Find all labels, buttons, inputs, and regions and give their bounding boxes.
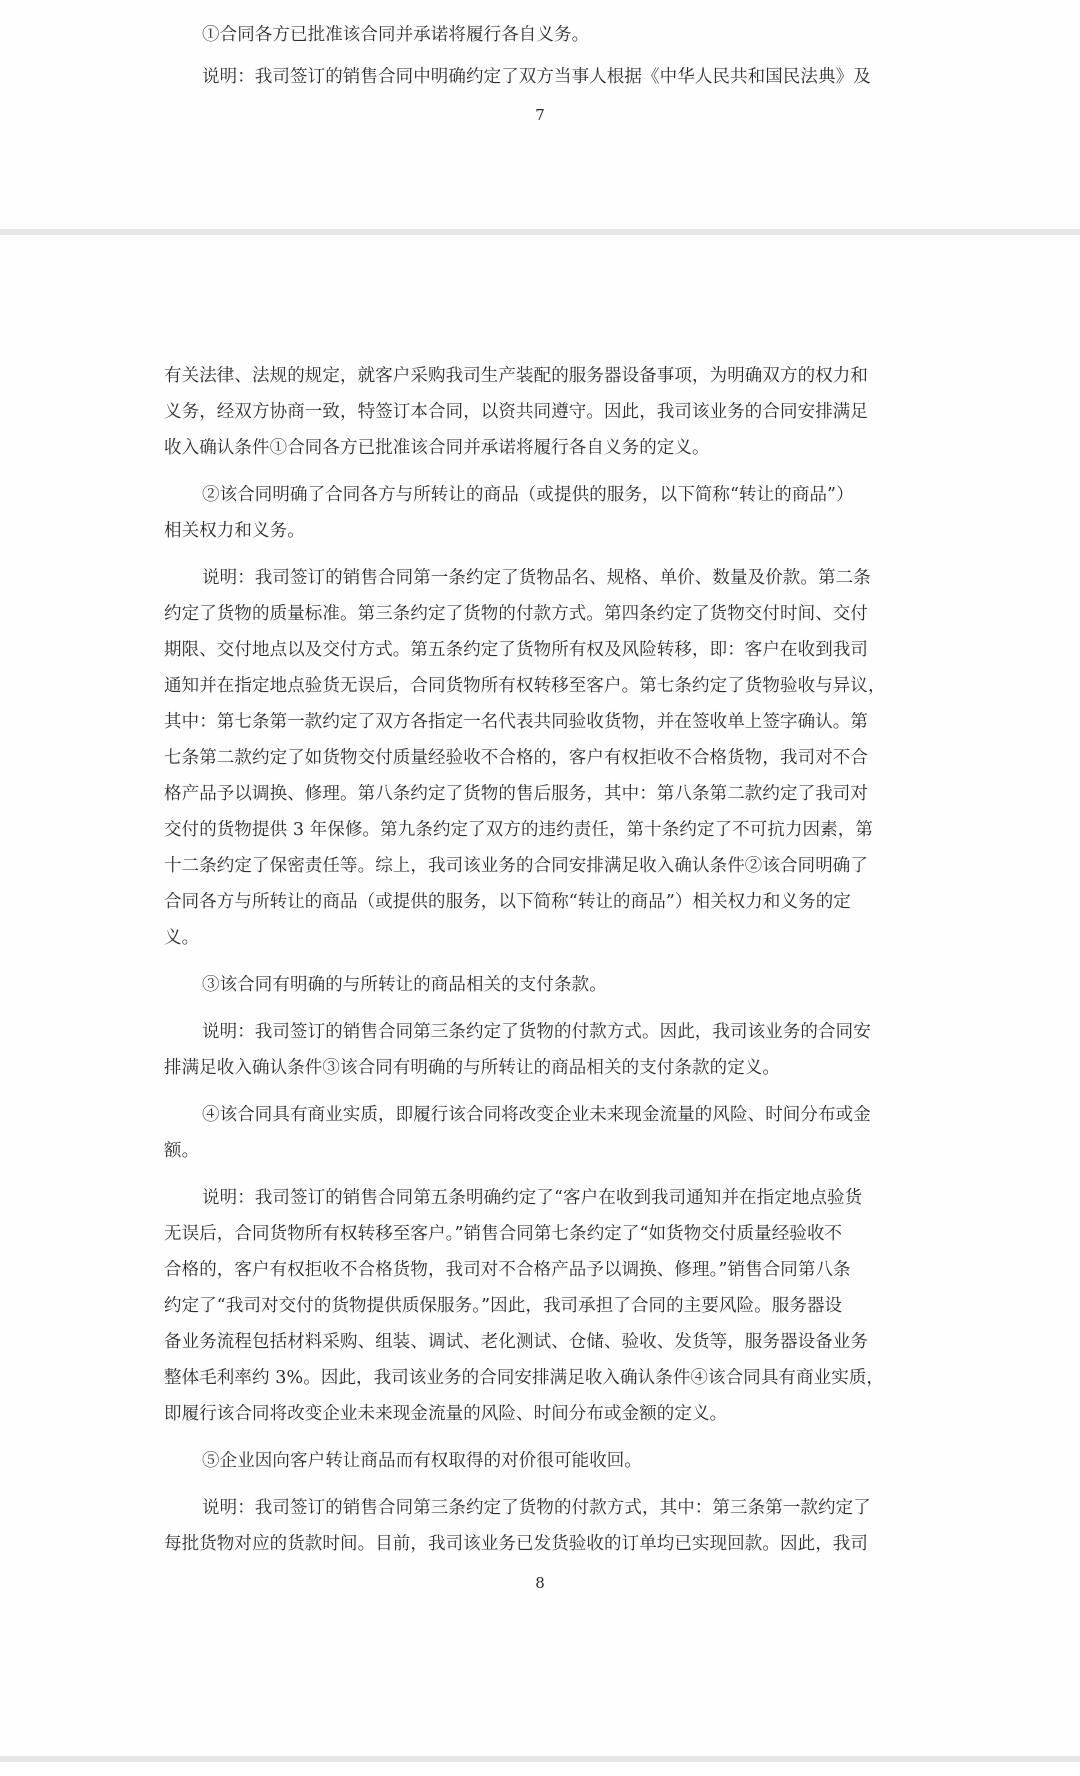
paragraph-line: 无误后，合同货物所有权转移至客户。”销售合同第七条约定了“如货物交付质量经验收不 — [164, 1223, 920, 1245]
paragraph-line: 十二条约定了保密责任等。综上，我司该业务的合同安排满足收入确认条件②该合同明确了 — [164, 855, 920, 877]
paragraph-line: 说明：我司签订的销售合同第一条约定了货物品名、规格、单价、数量及价款。第二条 — [202, 567, 958, 589]
paragraph-line: 即履行该合同将改变企业未来现金流量的风险、时间分布或金额的定义。 — [164, 1403, 920, 1425]
paragraph-line: 说明：我司签订的销售合同第三条约定了货物的付款方式，其中：第三条第一款约定了 — [202, 1497, 958, 1519]
paragraph-line: 七条第二款约定了如货物交付质量经验收不合格的，客户有权拒收不合格货物，我司对不合 — [164, 747, 920, 769]
paragraph-line: 每批货物对应的货款时间。目前，我司该业务已发货验收的订单均已实现回款。因此，我司 — [164, 1533, 920, 1555]
page-number: 8 — [0, 1574, 1080, 1592]
paragraph-line: 义。 — [164, 927, 920, 949]
condition-4-heading: ④该合同具有商业实质，即履行该合同将改变企业未来现金流量的风险、时间分布或金 — [202, 1104, 958, 1126]
paragraph-line: 额。 — [164, 1140, 920, 1162]
paragraph-line: 合同各方与所转让的商品（或提供的服务，以下简称“转让的商品”）相关权力和义务的定 — [164, 891, 920, 913]
paragraph-line: 整体毛利率约 3%。因此，我司该业务的合同安排满足收入确认条件④该合同具有商业实… — [164, 1367, 920, 1389]
paragraph-line: 合格的，客户有权拒收不合格货物，我司对不合格产品予以调换、修理。”销售合同第八条 — [164, 1259, 920, 1281]
paragraph-line: 说明：我司签订的销售合同第三条约定了货物的付款方式。因此，我司该业务的合同安 — [202, 1021, 958, 1043]
paragraph-line: 通知并在指定地点验货无误后，合同货物所有权转移至客户。第七条约定了货物验收与异议… — [164, 675, 920, 697]
page-separator — [0, 1756, 1080, 1762]
paragraph-line: 交付的货物提供 3 年保修。第九条约定了双方的违约责任，第十条约定了不可抗力因素… — [164, 819, 920, 841]
paragraph-line: 约定了货物的质量标准。第三条约定了货物的付款方式。第四条约定了货物交付时间、交付 — [164, 603, 920, 625]
paragraph-line: 其中：第七条第一款约定了双方各指定一名代表共同验收货物，并在签收单上签字确认。第 — [164, 711, 920, 733]
paragraph-line: 有关法律、法规的规定，就客户采购我司生产装配的服务器设备事项，为明确双方的权力和 — [164, 365, 920, 387]
paragraph-line: 说明：我司签订的销售合同第五条明确约定了“客户在收到我司通知并在指定地点验货 — [202, 1187, 958, 1209]
paragraph-line: 义务，经双方协商一致，特签订本合同，以资共同遵守。因此，我司该业务的合同安排满足 — [164, 401, 920, 423]
paragraph-line: 排满足收入确认条件③该合同有明确的与所转让的商品相关的支付条款的定义。 — [164, 1057, 920, 1079]
paragraph-line: 相关权力和义务。 — [164, 520, 920, 542]
condition-5-heading: ⑤企业因向客户转让商品而有权取得的对价很可能收回。 — [202, 1450, 958, 1472]
paragraph-line: 约定了“我司对交付的货物提供质保服务。”因此，我司承担了合同的主要风险。服务器设 — [164, 1295, 920, 1317]
paragraph-line: 期限、交付地点以及交付方式。第五条约定了货物所有权及风险转移，即：客户在收到我司 — [164, 639, 920, 661]
condition-2-heading: ②该合同明确了合同各方与所转让的商品（或提供的服务，以下简称“转让的商品”） — [202, 484, 958, 506]
condition-1-heading: ①合同各方已批准该合同并承诺将履行各自义务。 — [202, 24, 958, 46]
page-number: 7 — [0, 106, 1080, 124]
condition-3-heading: ③该合同有明确的与所转让的商品相关的支付条款。 — [202, 974, 958, 996]
paragraph-line: 收入确认条件①合同各方已批准该合同并承诺将履行各自义务的定义。 — [164, 437, 920, 459]
page-8: 有关法律、法规的规定，就客户采购我司生产装配的服务器设备事项，为明确双方的权力和… — [0, 235, 1080, 1756]
paragraph-line: 说明：我司签订的销售合同中明确约定了双方当事人根据《中华人民共和国民法典》及 — [202, 66, 958, 88]
paragraph-line: 备业务流程包括材料采购、组装、调试、老化测试、仓储、验收、发货等，服务器设备业务 — [164, 1331, 920, 1353]
page-7: ①合同各方已批准该合同并承诺将履行各自义务。 说明：我司签订的销售合同中明确约定… — [0, 0, 1080, 229]
paragraph-line: 格产品予以调换、修理。第八条约定了货物的售后服务，其中：第八条第二款约定了我司对 — [164, 783, 920, 805]
